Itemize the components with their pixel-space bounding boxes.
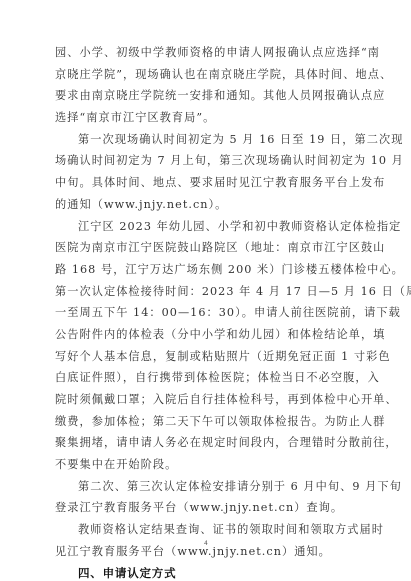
text-line: 聚集拥堵，请申请人务必在规定时间段内，合理错时分散前往，: [55, 432, 359, 454]
document-body: 园、小学、初级中学教师资格的申请人网报确认点应选择“南 京晓庄学院”，现场确认也…: [55, 42, 359, 581]
paragraph-first-line: 江宁区 2023 年幼儿园、小学和初中教师资格认定体检指定: [55, 216, 359, 238]
section-heading: 四、申请认定方式: [55, 563, 359, 581]
text-line: 路 168 号，江宁万达广场东侧 200 米）门诊楼五楼体检中心。: [55, 259, 359, 281]
document-page: 园、小学、初级中学教师资格的申请人网报确认点应选择“南 京晓庄学院”，现场确认也…: [0, 0, 411, 581]
text-line: 场确认时间初定为 7 月上旬，第三次现场确认时间初定为 10 月: [55, 150, 359, 172]
text-line: 京晓庄学院”，现场确认也在南京晓庄学院，具体时间、地点、: [55, 64, 359, 86]
text-line: 的通知（www.jnjy.net.cn）。: [55, 194, 359, 216]
text-line: 选择“南京市江宁区教育局”。: [55, 107, 359, 129]
text-line: 园、小学、初级中学教师资格的申请人网报确认点应选择“南: [55, 42, 359, 64]
text-line: 院时须佩戴口罩；入院后自行挂体检科号，再到体检中心开单、: [55, 389, 359, 411]
text-line: 一至周五下午 14：00—16：30）。申请人前往医院前，请下载: [55, 302, 359, 324]
text-line: 写好个人基本信息，复制或粘贴照片（近期免冠正面 1 寸彩色: [55, 346, 359, 368]
text-line: 公告附件内的体检表（分中小学和幼儿园）和体检结论单，填: [55, 324, 359, 346]
text-line: 中旬。具体时间、地点、要求届时见江宁教育服务平台上发布: [55, 172, 359, 194]
paragraph-first-line: 教师资格认定结果查询、证书的领取时间和领取方式届时: [55, 519, 359, 541]
text-line: 第一次认定体检接待时间：2023 年 4 月 17 日—5 月 16 日（周: [55, 281, 359, 303]
text-line: 白底证件照），自行携带到体检医院；体检当日不必空腹，入: [55, 367, 359, 389]
text-line: 医院为南京市江宁医院鼓山路院区（地址：南京市江宁区鼓山: [55, 237, 359, 259]
paragraph-first-line: 第二次、第三次认定体检安排请分别于 6 月中旬、9 月下旬: [55, 476, 359, 498]
text-line: 登录江宁教育服务平台（www.jnjy.net.cn）查询。: [55, 497, 359, 519]
paragraph-first-line: 第一次现场确认时间初定为 5 月 16 日至 19 日，第二次现: [55, 129, 359, 151]
text-line: 缴费，参加体检；第二天下午可以领取体检报告。为防止人群: [55, 411, 359, 433]
text-line: 要求由南京晓庄学院统一安排和通知。其他人员网报确认点应: [55, 85, 359, 107]
text-line: 不要集中在开始阶段。: [55, 454, 359, 476]
page-number: 4: [204, 540, 208, 547]
